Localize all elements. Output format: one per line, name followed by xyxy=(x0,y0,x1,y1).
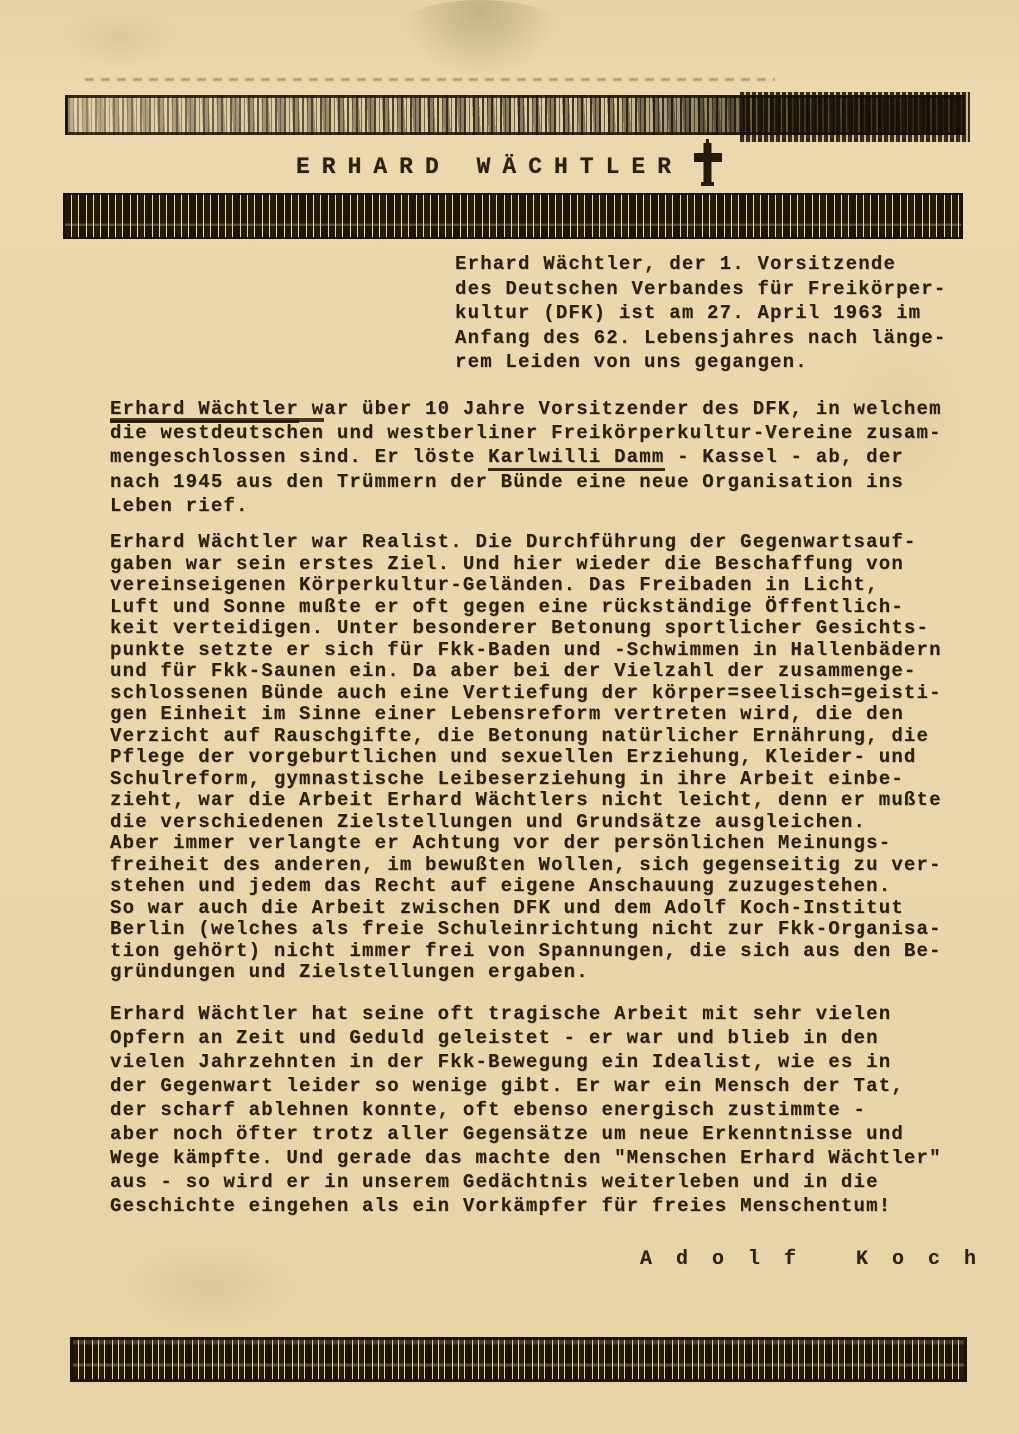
obituary-paragraph-4: Erhard Wächtler hat seine oft tragische … xyxy=(110,1002,942,1218)
cross-icon xyxy=(693,139,723,192)
obituary-lead-paragraph: Erhard Wächtler, der 1. Vorsitzende des … xyxy=(455,252,946,375)
decorative-typed-band-middle xyxy=(63,193,963,239)
obituary-paragraph-3: Erhard Wächtler war Realist. Die Durchfü… xyxy=(110,532,942,984)
paragraph-2-text: war über 10 Jahre Vorsitzender des DFK, … xyxy=(299,398,942,420)
decorative-typed-band-bottom xyxy=(70,1337,967,1382)
underlined-name-karlwilli-damm: Karlwilli Damm xyxy=(488,446,664,471)
faint-smudge-line xyxy=(85,78,775,81)
scanned-obituary-page: ERHARD WÄCHTLER Erhard Wächtler, der 1. … xyxy=(0,0,1019,1434)
overstruck-text: die westdeutschen xyxy=(110,418,324,444)
signature-adolf-koch: A d o l f K o c h xyxy=(640,1248,982,1271)
scan-smudge xyxy=(370,0,590,110)
header-title-row: ERHARD WÄCHTLER xyxy=(0,141,1019,192)
page-title: ERHARD WÄCHTLER xyxy=(296,154,683,180)
decorative-typed-band-top xyxy=(65,95,965,135)
paper-stain xyxy=(60,10,180,70)
obituary-paragraph-2: Erhard Wächtler war über 10 Jahre Vorsit… xyxy=(110,397,942,518)
paper-stain xyxy=(120,1240,300,1330)
